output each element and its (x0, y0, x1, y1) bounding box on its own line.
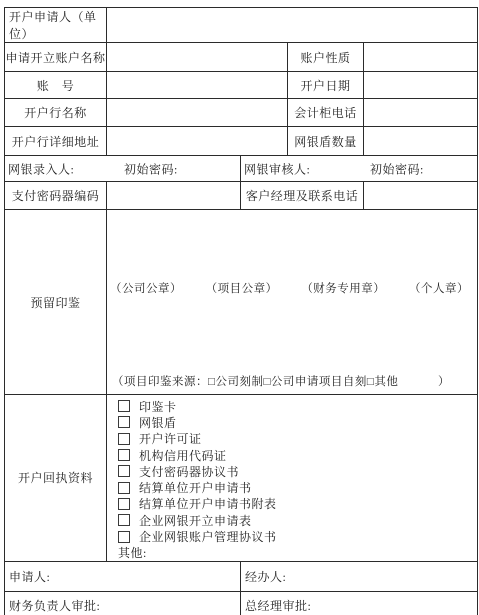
reserved-seal-label: 预留印鉴 (5, 210, 107, 395)
applicant-row: 开户申请人（单位） (5, 8, 478, 43)
receipt-item: 网银盾 (118, 414, 477, 430)
account-opening-form: 开户申请人（单位） 申请开立账户名称 账户性质 账 号 开户日期 开户行名称 会… (4, 7, 478, 615)
receipt-item: 结算单位开户申请书 (118, 479, 477, 495)
checkbox-icon (118, 465, 130, 477)
checkbox-icon (118, 531, 130, 543)
usb-key-count-value-cell (364, 127, 478, 156)
receipt-item: 企业网银账户管理协议书 (118, 528, 477, 544)
teller-phone-value-cell (364, 99, 478, 127)
project-seal-caption: （项目公章） (206, 280, 278, 296)
bank-address-label: 开户行详细地址 (5, 127, 107, 156)
finance-seal-caption: （财务专用章） (301, 280, 385, 296)
checkbox-icon (118, 400, 130, 412)
bank-name-row: 开户行名称 会计柜电话 (5, 99, 478, 127)
netbank-operators-row: 网银录入人: 初始密码: 网银审核人: 初始密码: (5, 156, 478, 182)
receipt-item: 开户许可证 (118, 431, 477, 447)
seal-source-close-paren: ） (438, 373, 450, 389)
password-device-value-cell (107, 182, 241, 210)
reserved-seal-area: （公司公章） （项目公章） （财务专用章） （个人章） （项目印鉴来源：□公司刻… (107, 210, 478, 395)
receipt-item-label: 结算单位开户申请书附表 (139, 495, 277, 512)
netbank-review-password-label: 初始密码: (370, 160, 424, 177)
receipt-item: 结算单位开户申请书附表 (118, 496, 477, 512)
reserved-seal-row: 预留印鉴 （公司公章） （项目公章） （财务专用章） （个人章） （项目印鉴来源… (5, 210, 478, 395)
password-device-row: 支付密码器编码 客户经理及联系电话 (5, 182, 478, 210)
account-name-label: 申请开立账户名称 (5, 43, 107, 72)
password-device-label: 支付密码器编码 (5, 182, 107, 210)
receipt-list: 印鉴卡 网银盾 开户许可证 机构信用代码证 支付密码器协议书 结算单位开户申请书… (107, 395, 477, 545)
account-number-label: 账 号 (5, 72, 107, 99)
applicant-signature-row: 申请人: 经办人: (5, 561, 478, 591)
checkbox-icon (118, 498, 130, 510)
receipt-item-label: 印鉴卡 (139, 398, 177, 415)
netbank-review-cell: 网银审核人: 初始密码: (241, 156, 478, 182)
open-date-label: 开户日期 (288, 72, 364, 99)
receipt-item-label: 企业网银开立申请表 (139, 512, 252, 529)
account-name-row: 申请开立账户名称 账户性质 (5, 43, 478, 72)
bank-name-value-cell (107, 99, 288, 127)
checkbox-icon (118, 449, 130, 461)
receipt-item: 机构信用代码证 (118, 447, 477, 463)
seal-source-line: （项目印鉴来源：□公司刻制□公司申请项目自刻□其他 ） (112, 373, 450, 389)
bank-address-row: 开户行详细地址 网银盾数量 (5, 127, 478, 156)
checkbox-icon (118, 433, 130, 445)
bank-name-label: 开户行名称 (5, 99, 107, 127)
receipt-item: 印鉴卡 (118, 398, 477, 414)
gm-approval-label: 总经理审批: (241, 591, 478, 615)
netbank-review-label: 网银审核人: (244, 160, 310, 177)
receipt-documents-label: 开户回执资料 (5, 395, 107, 562)
account-manager-value-cell (364, 182, 478, 210)
netbank-entry-cell: 网银录入人: 初始密码: (5, 156, 241, 182)
receipt-item-label: 支付密码器协议书 (139, 463, 239, 480)
seal-source-options: （项目印鉴来源：□公司刻制□公司申请项目自刻□其他 (112, 373, 398, 389)
receipt-item-label: 开户许可证 (139, 430, 202, 447)
checkbox-icon (118, 514, 130, 526)
usb-key-count-label: 网银盾数量 (288, 127, 364, 156)
checkbox-icon (118, 416, 130, 428)
netbank-entry-label: 网银录入人: (8, 160, 74, 177)
stamp-captions: （公司公章） （项目公章） （财务专用章） （个人章） (107, 280, 477, 296)
receipt-other-label: 其他: (118, 545, 477, 561)
account-number-row: 账 号 开户日期 (5, 72, 478, 99)
approval-row: 财务负责人审批: 总经理审批: (5, 591, 478, 615)
receipt-item: 支付密码器协议书 (118, 463, 477, 479)
applicant-label: 开户申请人（单位） (5, 8, 107, 43)
applicant-value-cell (107, 8, 478, 43)
bank-address-value-cell (107, 127, 288, 156)
receipt-documents-area: 印鉴卡 网银盾 开户许可证 机构信用代码证 支付密码器协议书 结算单位开户申请书… (107, 395, 478, 562)
checkbox-icon (118, 482, 130, 494)
receipt-item-label: 企业网银账户管理协议书 (139, 528, 277, 545)
account-name-value-cell (107, 43, 288, 72)
finance-approval-label: 财务负责人审批: (5, 591, 241, 615)
company-seal-caption: （公司公章） (110, 280, 182, 296)
account-number-value-cell (107, 72, 288, 99)
netbank-entry-password-label: 初始密码: (124, 160, 178, 177)
personal-seal-caption: （个人章） (409, 280, 469, 296)
open-date-value-cell (364, 72, 478, 99)
account-manager-label: 客户经理及联系电话 (241, 182, 364, 210)
teller-phone-label: 会计柜电话 (288, 99, 364, 127)
receipt-item-label: 网银盾 (139, 414, 177, 431)
receipt-item-label: 结算单位开户申请书 (139, 479, 252, 496)
account-nature-label: 账户性质 (288, 43, 364, 72)
handler-sign-label: 经办人: (241, 561, 478, 591)
receipt-documents-row: 开户回执资料 印鉴卡 网银盾 开户许可证 机构信用代码证 支付密码器协议书 结算… (5, 395, 478, 562)
account-nature-value-cell (364, 43, 478, 72)
receipt-item-label: 机构信用代码证 (139, 447, 227, 464)
applicant-sign-label: 申请人: (5, 561, 241, 591)
receipt-item: 企业网银开立申请表 (118, 512, 477, 528)
